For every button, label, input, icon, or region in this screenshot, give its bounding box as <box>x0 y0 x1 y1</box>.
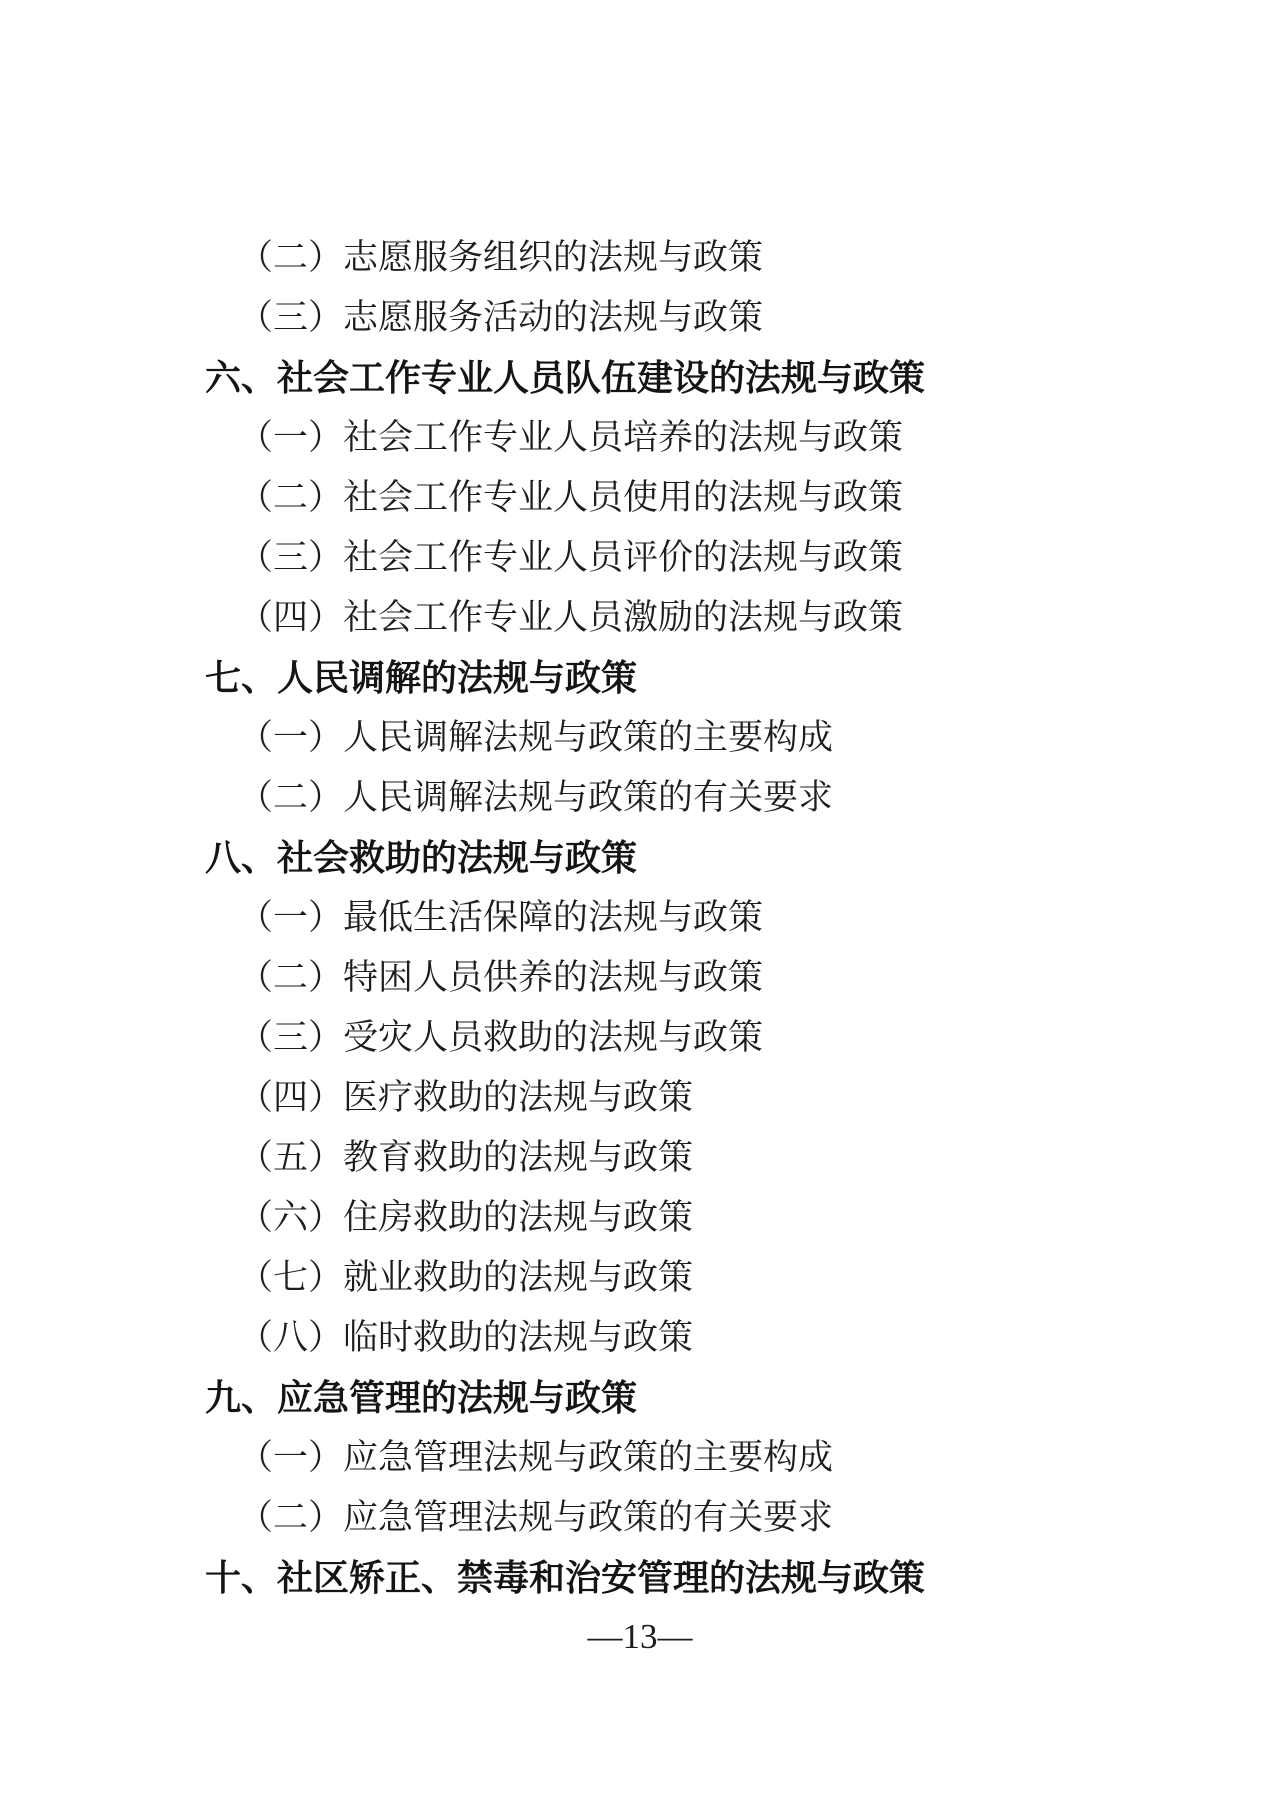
toc-item: （四）社会工作专业人员激励的法规与政策 <box>205 588 925 648</box>
toc-item: （五）教育救助的法规与政策 <box>205 1128 925 1188</box>
toc-item: （二）应急管理法规与政策的有关要求 <box>205 1488 925 1548</box>
toc-section-heading: 八、社会救助的法规与政策 <box>205 828 925 888</box>
page-number: —13— <box>0 1607 1280 1667</box>
toc-item: （七）就业救助的法规与政策 <box>205 1248 925 1308</box>
toc-section-heading: 九、应急管理的法规与政策 <box>205 1368 925 1428</box>
toc-item: （六）住房救助的法规与政策 <box>205 1188 925 1248</box>
toc-item: （三）受灾人员救助的法规与政策 <box>205 1008 925 1068</box>
toc-item: （八）临时救助的法规与政策 <box>205 1308 925 1368</box>
toc-item: （一）应急管理法规与政策的主要构成 <box>205 1428 925 1488</box>
toc-section-heading: 七、人民调解的法规与政策 <box>205 648 925 708</box>
toc-section-heading: 十、社区矫正、禁毒和治安管理的法规与政策 <box>205 1548 925 1608</box>
toc-item: （二）人民调解法规与政策的有关要求 <box>205 768 925 828</box>
toc-item: （三）社会工作专业人员评价的法规与政策 <box>205 528 925 588</box>
toc-list: （二）志愿服务组织的法规与政策 （三）志愿服务活动的法规与政策 六、社会工作专业… <box>205 228 925 1608</box>
document-page: （二）志愿服务组织的法规与政策 （三）志愿服务活动的法规与政策 六、社会工作专业… <box>0 0 1280 1810</box>
toc-item: （二）志愿服务组织的法规与政策 <box>205 228 925 288</box>
toc-item: （一）最低生活保障的法规与政策 <box>205 888 925 948</box>
toc-section-heading: 六、社会工作专业人员队伍建设的法规与政策 <box>205 348 925 408</box>
toc-item: （四）医疗救助的法规与政策 <box>205 1068 925 1128</box>
toc-item: （二）社会工作专业人员使用的法规与政策 <box>205 468 925 528</box>
toc-item: （一）人民调解法规与政策的主要构成 <box>205 708 925 768</box>
toc-item: （二）特困人员供养的法规与政策 <box>205 948 925 1008</box>
toc-item: （三）志愿服务活动的法规与政策 <box>205 288 925 348</box>
toc-item: （一）社会工作专业人员培养的法规与政策 <box>205 408 925 468</box>
